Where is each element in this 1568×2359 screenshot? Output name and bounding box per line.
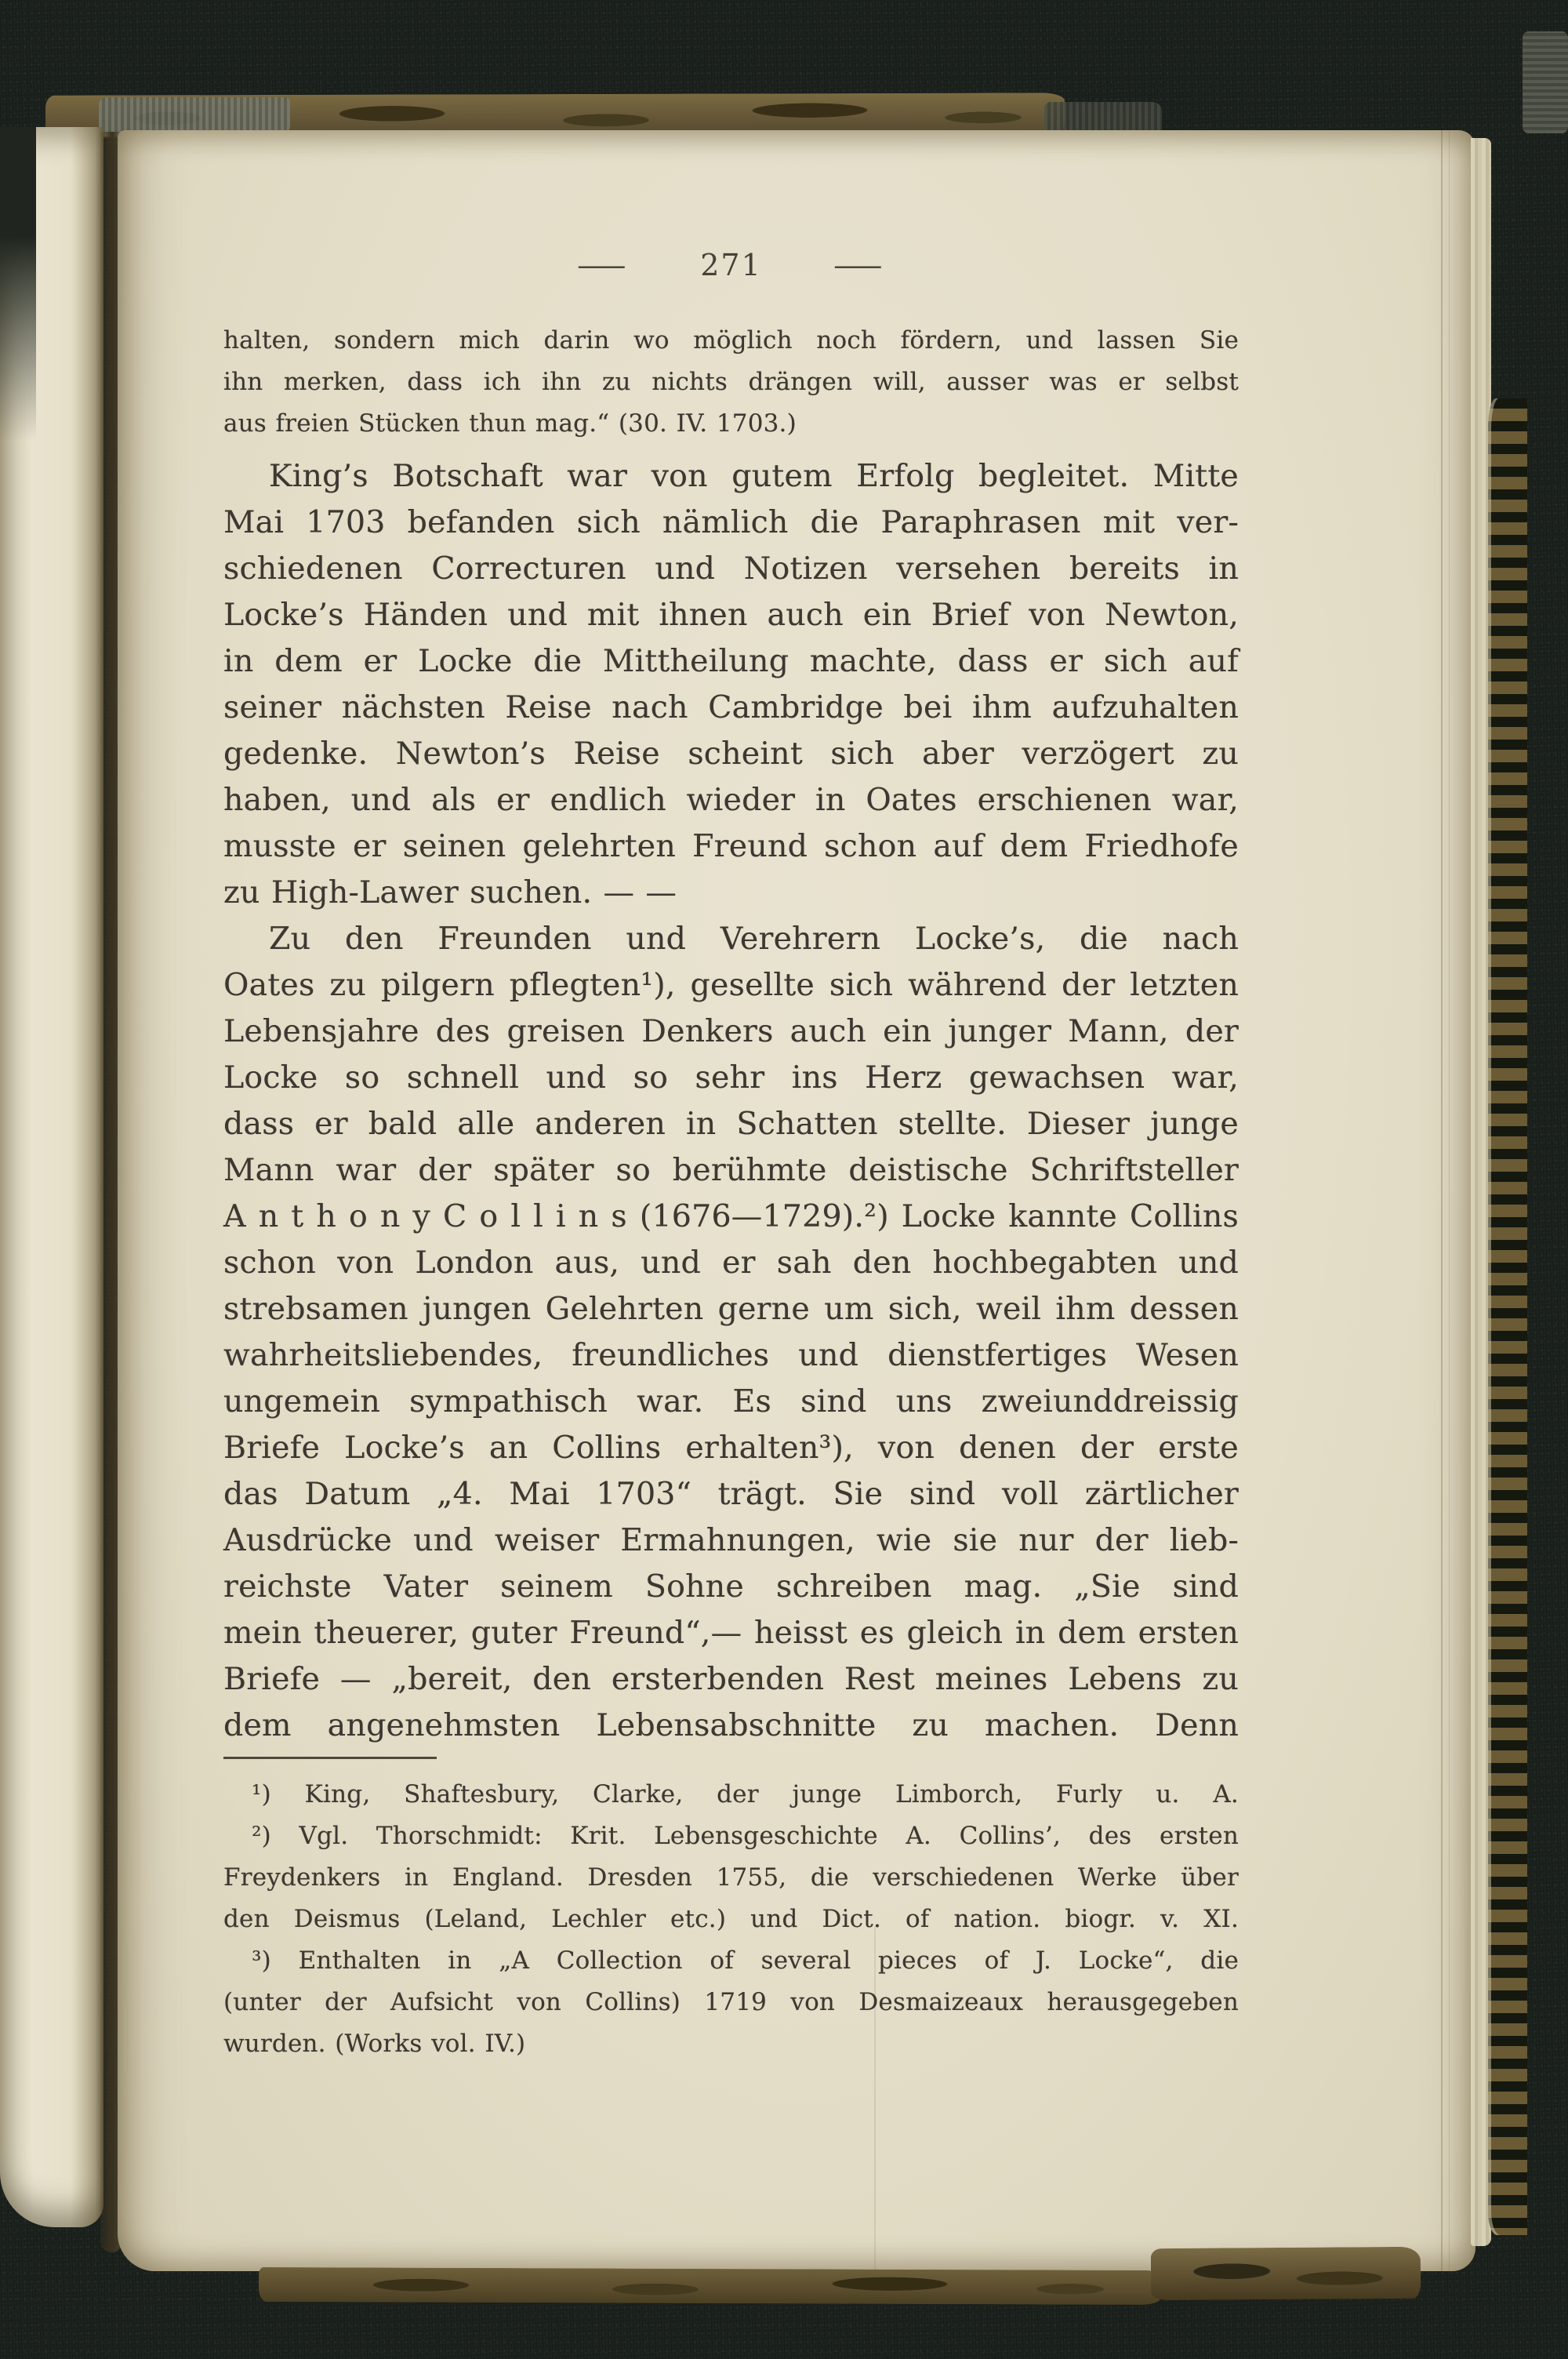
- text-line: das Datum „4. Mai 1703“ trägt. Sie sind …: [223, 1471, 1239, 1518]
- text-line: Lebensjahre des greisen Denkers auch ein…: [223, 1009, 1239, 1055]
- text-line: ³) Enthalten in „A Collection of several…: [223, 1940, 1239, 1982]
- text-line: dem angenehmsten Lebensabschnitte zu mac…: [223, 1703, 1239, 1749]
- book-page: — 271 — halten, sondern mich darin wo mö…: [118, 130, 1475, 2271]
- page-crease: [1449, 130, 1450, 2271]
- text-line: seiner nächsten Reise nach Cambridge bei…: [223, 685, 1239, 731]
- text-line: mein theuerer, guter Freund“,— heisst es…: [223, 1610, 1239, 1656]
- text-line: Freydenkers in England. Dresden 1755, di…: [223, 1857, 1239, 1899]
- text-line: wahrheitsliebendes, freundliches und die…: [223, 1332, 1239, 1379]
- torn-binding-strip-bottom-right: [1151, 2247, 1421, 2300]
- text-line: musste er seinen gelehrten Freund schon …: [223, 823, 1239, 870]
- text-line: Briefe — „bereit, den ersterbenden Rest …: [223, 1656, 1239, 1703]
- footnote-rule: [223, 1757, 437, 1759]
- text-line: ¹) King, Shaftesbury, Clarke, der junge …: [223, 1774, 1239, 1816]
- footnotes: ¹) King, Shaftesbury, Clarke, der junge …: [223, 1774, 1239, 2065]
- footnote: ²) Vgl. Thorschmidt: Krit. Lebensgeschic…: [223, 1816, 1239, 1940]
- facing-page-edge: [0, 127, 103, 2227]
- paragraph: King’s Botschaft war von gutem Erfolg be…: [223, 453, 1239, 916]
- text-line: King’s Botschaft war von gutem Erfolg be…: [223, 453, 1239, 500]
- footnote: ¹) King, Shaftesbury, Clarke, der junge …: [223, 1774, 1239, 1816]
- text-line: (unter der Aufsicht von Collins) 1719 vo…: [223, 1982, 1239, 2023]
- text-line: A n t h o n y C o l l i n s (1676—1729).…: [223, 1194, 1239, 1240]
- footnote: ³) Enthalten in „A Collection of several…: [223, 1940, 1239, 2065]
- worn-cloth-patch-corner: [1523, 31, 1568, 133]
- text-line: Zu den Freunden und Verehrern Locke’s, d…: [223, 916, 1239, 962]
- text-line: strebsamen jungen Gelehrten gerne um sic…: [223, 1286, 1239, 1332]
- text-line: schiedenen Correcturen und Notizen verse…: [223, 546, 1239, 592]
- text-line: wurden. (Works vol. IV.): [223, 2023, 1239, 2065]
- torn-binding-strip-right: [1488, 398, 1527, 2235]
- book-scan: — 271 — halten, sondern mich darin wo mö…: [0, 0, 1568, 2359]
- text-line: Briefe Locke’s an Collins erhalten³), vo…: [223, 1425, 1239, 1471]
- text-line: aus freien Stücken thun mag.“ (30. IV. 1…: [223, 403, 1239, 445]
- running-head: — 271 —: [223, 248, 1239, 282]
- text-line: gedenke. Newton’s Reise scheint sich abe…: [223, 731, 1239, 777]
- text-line: Mai 1703 befanden sich nämlich die Parap…: [223, 500, 1239, 546]
- text-line: schon von London aus, und er sah den hoc…: [223, 1240, 1239, 1286]
- text-line: Locke so schnell und so sehr ins Herz ge…: [223, 1055, 1239, 1101]
- intro-paragraph: halten, sondern mich darin wo möglich no…: [223, 320, 1239, 445]
- paragraph: Zu den Freunden und Verehrern Locke’s, d…: [223, 916, 1239, 1749]
- text-line: reichste Vater seinem Sohne schreiben ma…: [223, 1564, 1239, 1610]
- text-line: ²) Vgl. Thorschmidt: Krit. Lebensgeschic…: [223, 1816, 1239, 1857]
- text-line: halten, sondern mich darin wo möglich no…: [223, 320, 1239, 362]
- text-line: Oates zu pilgern pflegten¹), gesellte si…: [223, 962, 1239, 1009]
- torn-binding-strip-bottom: [259, 2267, 1160, 2305]
- text-line: den Deismus (Leland, Lechler etc.) und D…: [223, 1899, 1239, 1940]
- body-text: King’s Botschaft war von gutem Erfolg be…: [223, 453, 1239, 1749]
- text-line: Locke’s Händen und mit ihnen auch ein Br…: [223, 592, 1239, 638]
- facing-page-shadow: [0, 127, 36, 441]
- text-line: ungemein sympathisch war. Es sind uns zw…: [223, 1379, 1239, 1425]
- text-line: ihn merken, dass ich ihn zu nichts dräng…: [223, 362, 1239, 403]
- page-crease: [1441, 130, 1443, 2271]
- page-number: 271: [700, 248, 762, 282]
- text-line: haben, und als er endlich wieder in Oate…: [223, 777, 1239, 823]
- text-line: Mann war der später so berühmte deistisc…: [223, 1147, 1239, 1194]
- text-line: Ausdrücke und weiser Ermahnungen, wie si…: [223, 1518, 1239, 1564]
- text-line: zu High-Lawer suchen. — —: [223, 870, 1239, 916]
- header-dash-left: —: [576, 248, 630, 282]
- header-dash-right: —: [833, 248, 886, 282]
- text-line: in dem er Locke die Mittheilung machte, …: [223, 638, 1239, 685]
- text-line: dass er bald alle anderen in Schatten st…: [223, 1101, 1239, 1147]
